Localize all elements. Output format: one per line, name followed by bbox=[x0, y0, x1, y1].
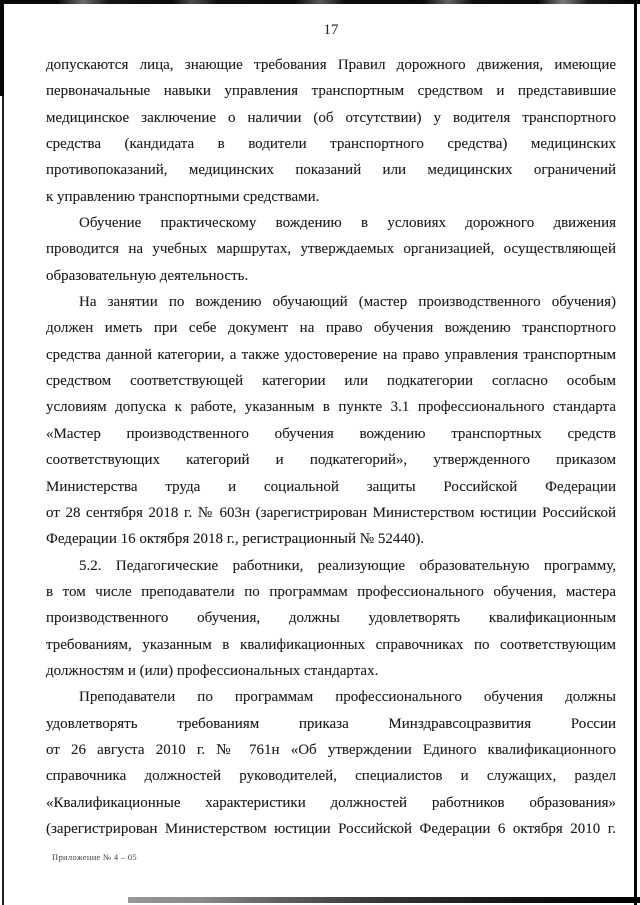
text-line: Обучение практическому вождению в услови… bbox=[46, 210, 616, 236]
text-line: производственного обучения, должны удовл… bbox=[46, 605, 616, 631]
scanned-document-page: 17 допускаются лица, знающие требования … bbox=[0, 0, 640, 905]
text-line: требованиям, указанным в квалификационны… bbox=[46, 632, 616, 658]
text-line: проводится на учебных маршрутах, утвержд… bbox=[46, 236, 616, 262]
paragraph: допускаются лица, знающие требования Пра… bbox=[46, 52, 616, 210]
text-line: должностям и (или) профессиональных стан… bbox=[46, 658, 616, 684]
text-line: «Квалификационные характеристики должнос… bbox=[46, 790, 616, 816]
text-line: соответствующих категорий и подкатегорий… bbox=[46, 447, 616, 473]
paragraph: Преподаватели по программам профессионал… bbox=[46, 684, 616, 842]
text-line: к управлению транспортными средствами. bbox=[46, 184, 616, 210]
scan-edge-top bbox=[0, 0, 640, 4]
text-line: должен иметь при себе документ на право … bbox=[46, 315, 616, 341]
scan-edge-right bbox=[634, 0, 637, 905]
text-line: «Мастер производственного обучения вожде… bbox=[46, 421, 616, 447]
text-line: средством соответствующей категории или … bbox=[46, 368, 616, 394]
text-line: образовательную деятельность. bbox=[46, 263, 616, 289]
paragraph: На занятии по вождению обучающий (мастер… bbox=[46, 289, 616, 552]
text-line: первоначальные навыки управления транспо… bbox=[46, 78, 616, 104]
text-line: (зарегистрирован Министерством юстиции Р… bbox=[46, 816, 616, 842]
text-line: противопоказаний, медицинских показаний … bbox=[46, 157, 616, 183]
text-line: удовлетворять требованиям приказа Минздр… bbox=[46, 711, 616, 737]
text-line: в том числе преподаватели по программам … bbox=[46, 579, 616, 605]
text-line: условиям допуска к работе, указанным в п… bbox=[46, 394, 616, 420]
text-line: Преподаватели по программам профессионал… bbox=[46, 684, 616, 710]
text-line: медицинское заключение о наличии (об отс… bbox=[46, 105, 616, 131]
text-line: допускаются лица, знающие требования Пра… bbox=[46, 52, 616, 78]
scan-edge-left-corner bbox=[0, 0, 4, 96]
text-line: Министерства труда и социальной защиты Р… bbox=[46, 474, 616, 500]
text-line: средства данной категории, а также удост… bbox=[46, 342, 616, 368]
page-footer-annotation: Приложение № 4 – 05 bbox=[52, 852, 137, 862]
scan-edge-left bbox=[2, 0, 4, 905]
page-number: 17 bbox=[46, 22, 616, 39]
text-line: от 28 сентября 2018 г. № 603н (зарегистр… bbox=[46, 500, 616, 526]
text-line: от 26 августа 2010 г. № 761н «Об утвержд… bbox=[46, 737, 616, 763]
text-line: На занятии по вождению обучающий (мастер… bbox=[46, 289, 616, 315]
scan-edge-bottom bbox=[128, 897, 640, 903]
text-line: средства (кандидата в водители транспорт… bbox=[46, 131, 616, 157]
paragraph: 5.2. Педагогические работники, реализующ… bbox=[46, 553, 616, 685]
text-line: справочника должностей руководителей, сп… bbox=[46, 763, 616, 789]
text-line: 5.2. Педагогические работники, реализующ… bbox=[46, 553, 616, 579]
paragraph: Обучение практическому вождению в услови… bbox=[46, 210, 616, 289]
document-body: допускаются лица, знающие требования Пра… bbox=[46, 52, 616, 842]
text-line: Федерации 16 октября 2018 г., регистраци… bbox=[46, 526, 616, 552]
